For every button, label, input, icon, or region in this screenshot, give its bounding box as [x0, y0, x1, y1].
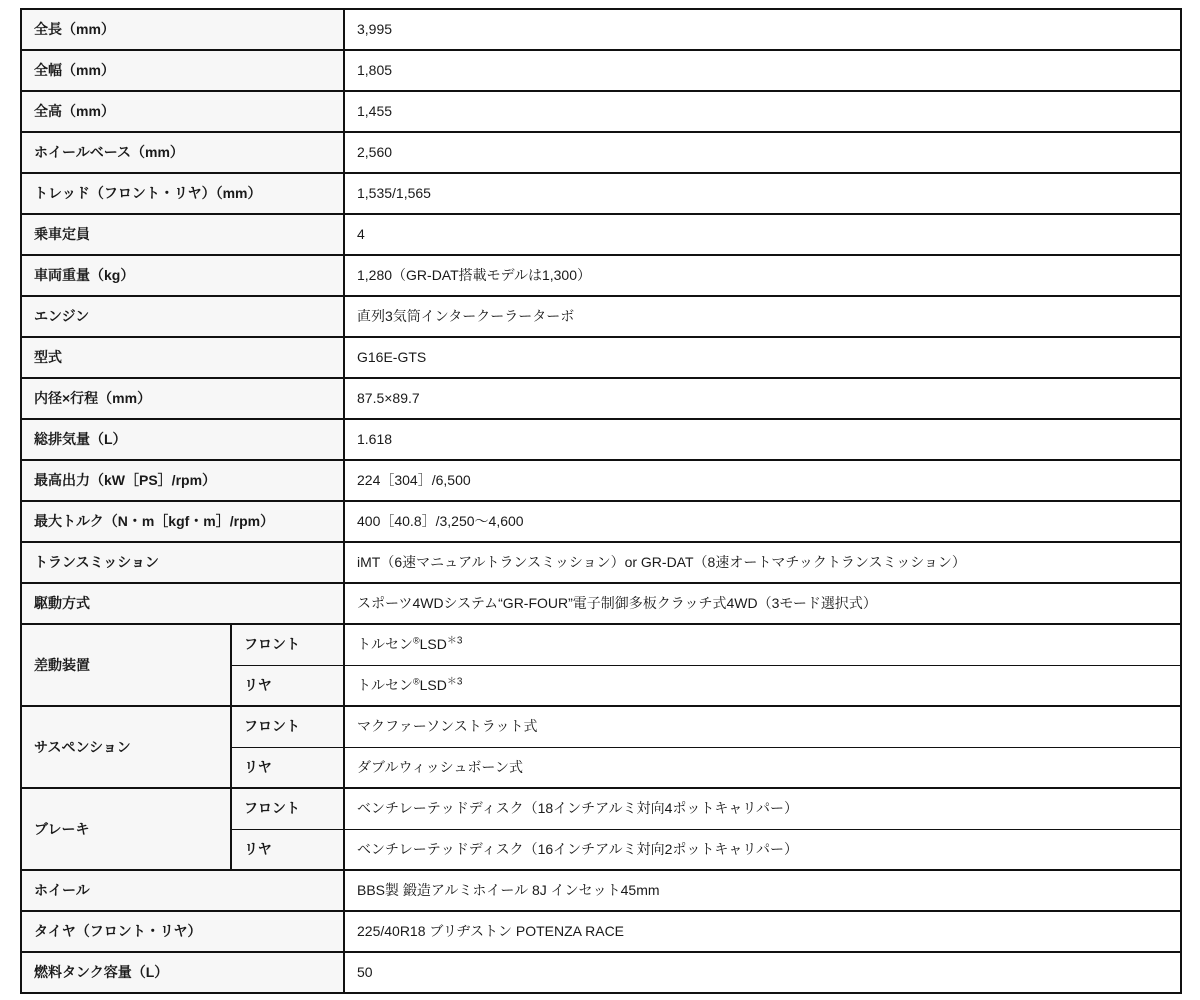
spec-value: マクファーソンストラット式: [344, 706, 1181, 747]
spec-row-differential-front: 差動装置 フロント トルセン®LSD＊3: [21, 624, 1181, 665]
value-text: LSD: [420, 636, 447, 652]
value-text: LSD: [420, 677, 447, 693]
spec-label: エンジン: [21, 296, 344, 337]
spec-value: 1.618: [344, 419, 1181, 460]
footnote-marker: ＊3: [447, 636, 463, 647]
spec-row-displacement: 総排気量（L） 1.618: [21, 419, 1181, 460]
spec-sublabel-front: フロント: [231, 788, 344, 829]
spec-label: トレッド（フロント・リヤ）（mm）: [21, 173, 344, 214]
spec-value: 3,995: [344, 9, 1181, 50]
spec-value: 225/40R18 ブリヂストン POTENZA RACE: [344, 911, 1181, 952]
spec-label: 全幅（mm）: [21, 50, 344, 91]
spec-row-drivetrain: 駆動方式 スポーツ4WDシステム“GR-FOUR”電子制御多板クラッチ式4WD（…: [21, 583, 1181, 624]
spec-group-label: サスペンション: [21, 706, 231, 788]
spec-label: 内径×行程（mm）: [21, 378, 344, 419]
spec-value: 224［304］/6,500: [344, 460, 1181, 501]
spec-row-bore-stroke: 内径×行程（mm） 87.5×89.7: [21, 378, 1181, 419]
spec-row-overall-height: 全高（mm） 1,455: [21, 91, 1181, 132]
spec-sublabel-rear: リヤ: [231, 747, 344, 788]
spec-label: 燃料タンク容量（L）: [21, 952, 344, 993]
spec-row-overall-length: 全長（mm） 3,995: [21, 9, 1181, 50]
value-text: トルセン: [357, 677, 413, 693]
spec-row-tread: トレッド（フロント・リヤ）（mm） 1,535/1,565: [21, 173, 1181, 214]
spec-label: 車両重量（kg）: [21, 255, 344, 296]
spec-label: ホイールベース（mm）: [21, 132, 344, 173]
spec-label: トランスミッション: [21, 542, 344, 583]
spec-label: 乗車定員: [21, 214, 344, 255]
spec-sublabel-rear: リヤ: [231, 829, 344, 870]
spec-row-engine-model: 型式 G16E-GTS: [21, 337, 1181, 378]
spec-sublabel-front: フロント: [231, 624, 344, 665]
spec-value: スポーツ4WDシステム“GR-FOUR”電子制御多板クラッチ式4WD（3モード選…: [344, 583, 1181, 624]
spec-value: 400［40.8］/3,250～4,600: [344, 501, 1181, 542]
spec-label: 駆動方式: [21, 583, 344, 624]
spec-value: iMT（6速マニュアルトランスミッション）or GR-DAT（8速オートマチック…: [344, 542, 1181, 583]
spec-label: 全高（mm）: [21, 91, 344, 132]
spec-value: G16E-GTS: [344, 337, 1181, 378]
spec-value: ダブルウィッシュボーン式: [344, 747, 1181, 788]
spec-value: 1,455: [344, 91, 1181, 132]
spec-label: 総排気量（L）: [21, 419, 344, 460]
spec-value: 2,560: [344, 132, 1181, 173]
spec-row-fuel-tank: 燃料タンク容量（L） 50: [21, 952, 1181, 993]
value-text: トルセン: [357, 636, 413, 652]
spec-value: ベンチレーテッドディスク（16インチアルミ対向2ポットキャリパー）: [344, 829, 1181, 870]
spec-row-max-power: 最高出力（kW［PS］/rpm） 224［304］/6,500: [21, 460, 1181, 501]
spec-row-engine: エンジン 直列3気筒インタークーラーターボ: [21, 296, 1181, 337]
spec-label: ホイール: [21, 870, 344, 911]
spec-value: 1,535/1,565: [344, 173, 1181, 214]
spec-label: 最高出力（kW［PS］/rpm）: [21, 460, 344, 501]
spec-row-wheelbase: ホイールベース（mm） 2,560: [21, 132, 1181, 173]
spec-row-suspension-front: サスペンション フロント マクファーソンストラット式: [21, 706, 1181, 747]
spec-row-wheels: ホイール BBS製 鍛造アルミホイール 8J インセット45mm: [21, 870, 1181, 911]
spec-row-transmission: トランスミッション iMT（6速マニュアルトランスミッション）or GR-DAT…: [21, 542, 1181, 583]
spec-value: BBS製 鍛造アルミホイール 8J インセット45mm: [344, 870, 1181, 911]
spec-sublabel-front: フロント: [231, 706, 344, 747]
spec-value: トルセン®LSD＊3: [344, 665, 1181, 706]
spec-value: 87.5×89.7: [344, 378, 1181, 419]
spec-row-brake-front: ブレーキ フロント ベンチレーテッドディスク（18インチアルミ対向4ポットキャリ…: [21, 788, 1181, 829]
spec-sublabel-rear: リヤ: [231, 665, 344, 706]
footnote-marker: ＊3: [447, 676, 463, 687]
spec-group-label: ブレーキ: [21, 788, 231, 870]
spec-value: 1,805: [344, 50, 1181, 91]
spec-row-max-torque: 最大トルク（N・m［kgf・m］/rpm） 400［40.8］/3,250～4,…: [21, 501, 1181, 542]
spec-value: 1,280（GR-DAT搭載モデルは1,300）: [344, 255, 1181, 296]
spec-group-label: 差動装置: [21, 624, 231, 706]
spec-value: 直列3気筒インタークーラーターボ: [344, 296, 1181, 337]
spec-row-vehicle-weight: 車両重量（kg） 1,280（GR-DAT搭載モデルは1,300）: [21, 255, 1181, 296]
spec-value: トルセン®LSD＊3: [344, 624, 1181, 665]
registered-trademark-symbol: ®: [413, 676, 420, 686]
spec-row-seating-capacity: 乗車定員 4: [21, 214, 1181, 255]
spec-value: 4: [344, 214, 1181, 255]
spec-label: 全長（mm）: [21, 9, 344, 50]
spec-label: 型式: [21, 337, 344, 378]
spec-value: 50: [344, 952, 1181, 993]
vehicle-spec-table: 全長（mm） 3,995 全幅（mm） 1,805 全高（mm） 1,455 ホ…: [20, 8, 1182, 994]
registered-trademark-symbol: ®: [413, 636, 420, 646]
spec-row-overall-width: 全幅（mm） 1,805: [21, 50, 1181, 91]
spec-label: 最大トルク（N・m［kgf・m］/rpm）: [21, 501, 344, 542]
spec-label: タイヤ（フロント・リヤ）: [21, 911, 344, 952]
spec-row-tires: タイヤ（フロント・リヤ） 225/40R18 ブリヂストン POTENZA RA…: [21, 911, 1181, 952]
spec-value: ベンチレーテッドディスク（18インチアルミ対向4ポットキャリパー）: [344, 788, 1181, 829]
